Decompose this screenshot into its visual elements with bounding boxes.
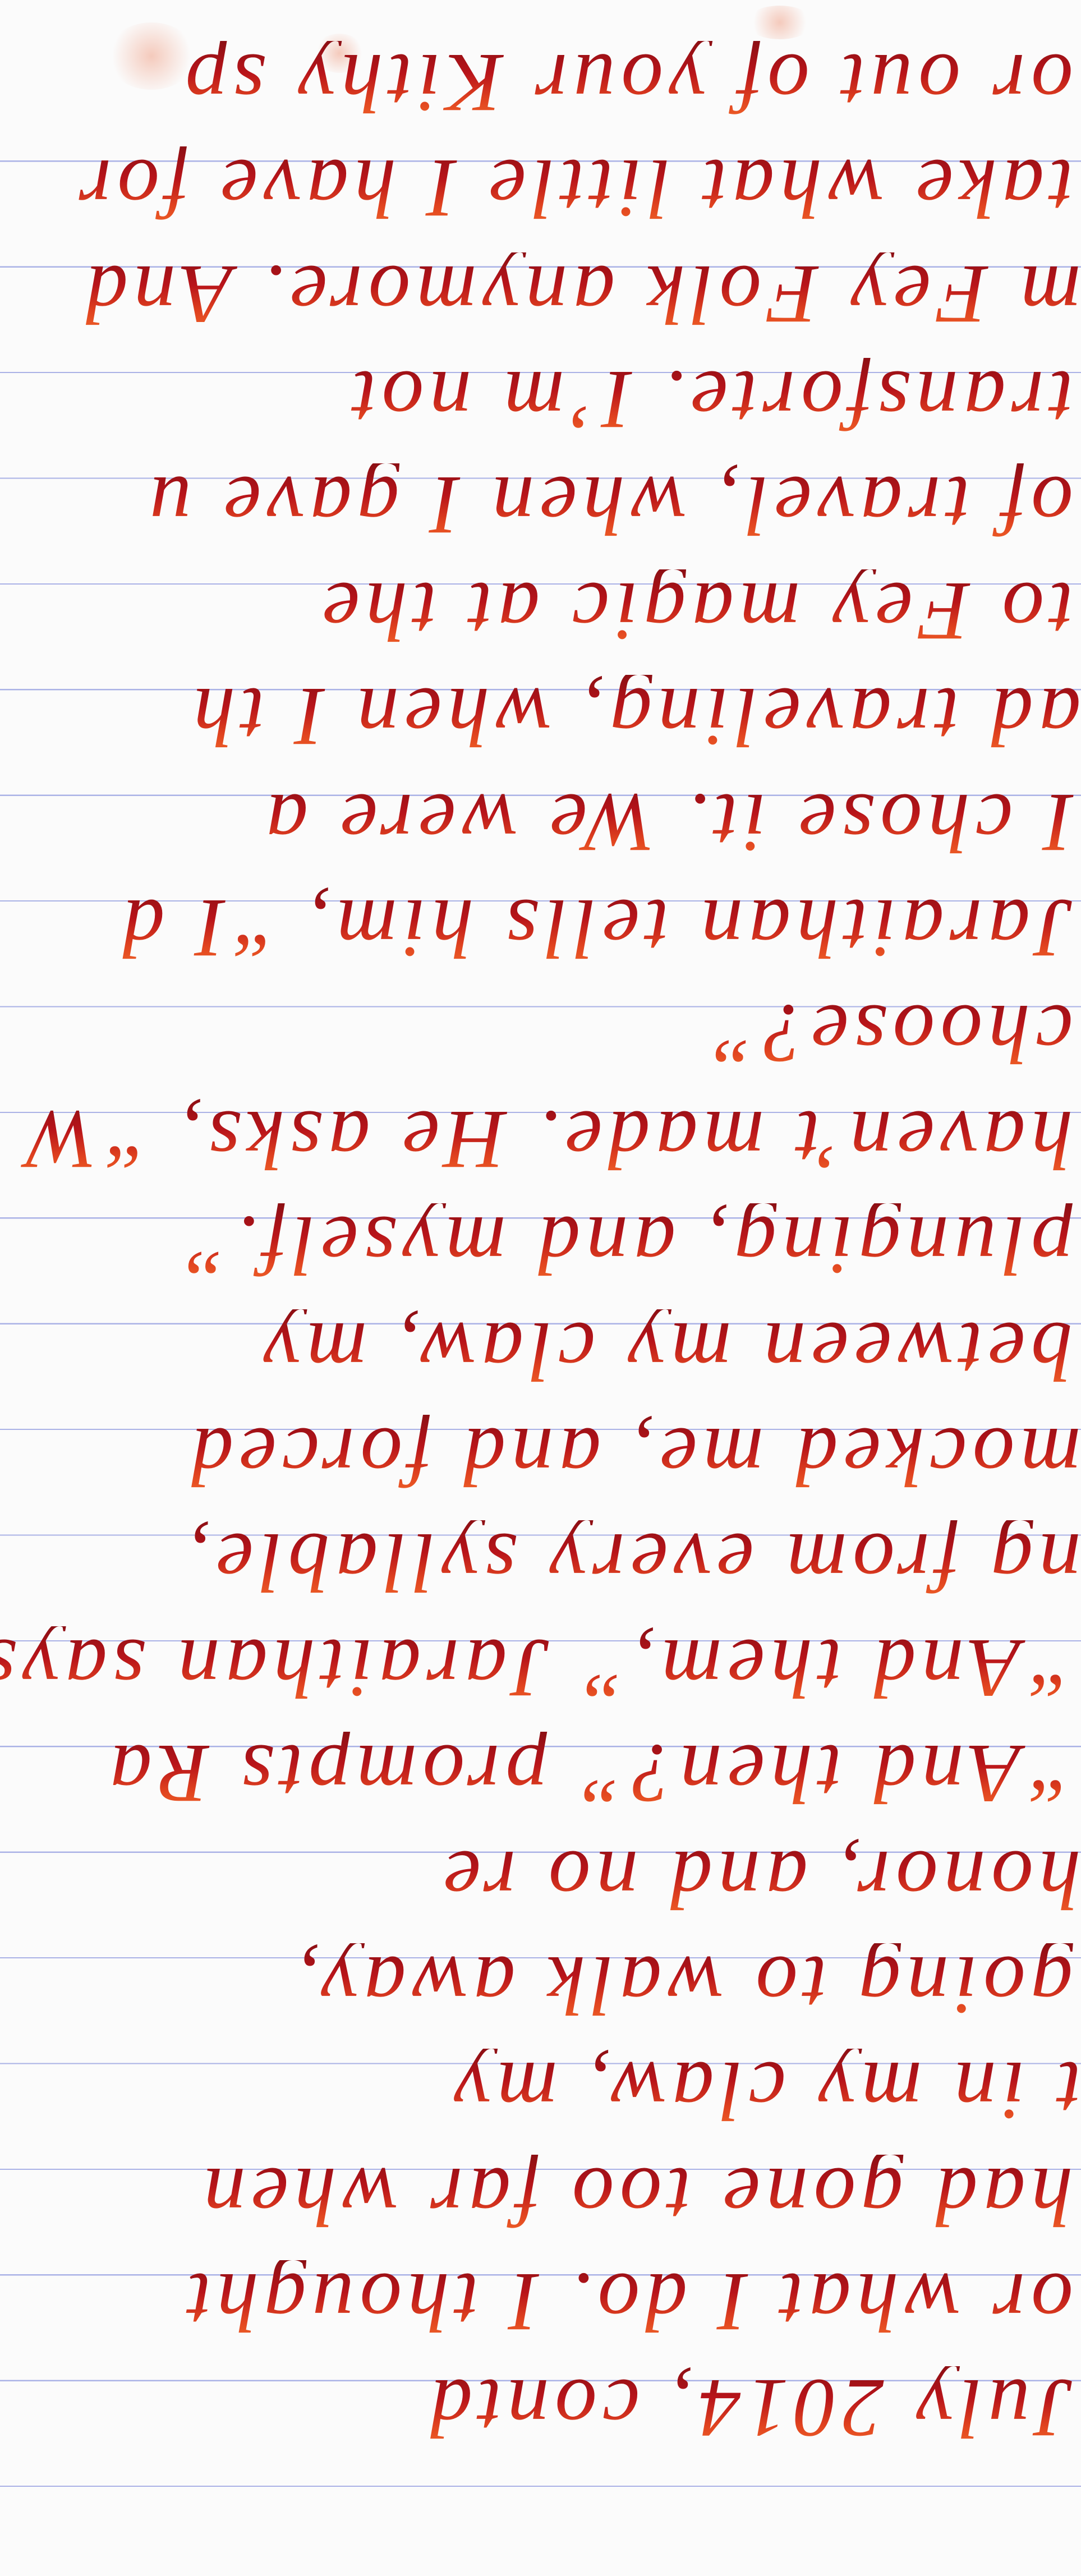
- handwriting-rotated-180: July 2014, contd or what I do. I thought…: [0, 0, 1081, 2576]
- handwritten-line: between my claw, my: [0, 1309, 1081, 1393]
- handwritten-line: to Fey magic at the: [0, 569, 1081, 654]
- handwritten-line: had gone too far when: [0, 2155, 1081, 2239]
- handwritten-line: going to walk away,: [0, 1943, 1081, 2027]
- handwritten-line: mocked me, and forced: [0, 1415, 1081, 1499]
- handwritten-line: ng from every syllable,: [0, 1520, 1081, 1604]
- handwritten-line: or out of your Kithy sp: [0, 41, 1081, 125]
- handwritten-line: m Fey Folk anymore. And: [0, 252, 1081, 337]
- handwritten-line: of travel, when I gave u: [0, 463, 1081, 548]
- handwritten-line: I chose it. We were a: [0, 781, 1081, 865]
- handwritten-line: plunging, and myself.”: [0, 1203, 1081, 1287]
- handwritten-line: take what little I have for: [0, 146, 1081, 231]
- handwritten-line: or what I do. I thought: [0, 2260, 1081, 2344]
- handwritten-line: July 2014, contd: [0, 2366, 1081, 2450]
- handwritten-line: t in my claw, my: [0, 2049, 1081, 2133]
- handwritten-line: choose?”: [0, 992, 1081, 1076]
- handwritten-line: Jaraithan tells him, “I d: [0, 886, 1081, 970]
- handwritten-line: transforte. I’m not: [0, 358, 1081, 442]
- notebook-page: July 2014, contd or what I do. I thought…: [0, 0, 1081, 2576]
- handwritten-line: honor, and no re: [0, 1838, 1081, 1922]
- handwritten-line: haven’t made. He asks, “W: [0, 1098, 1081, 1182]
- handwritten-line: ad traveling, when I th: [0, 675, 1081, 759]
- handwritten-line: “And then?” prompts Ra: [0, 1732, 1081, 1816]
- handwritten-line: “And them,” Jaraithan says,: [0, 1626, 1081, 1710]
